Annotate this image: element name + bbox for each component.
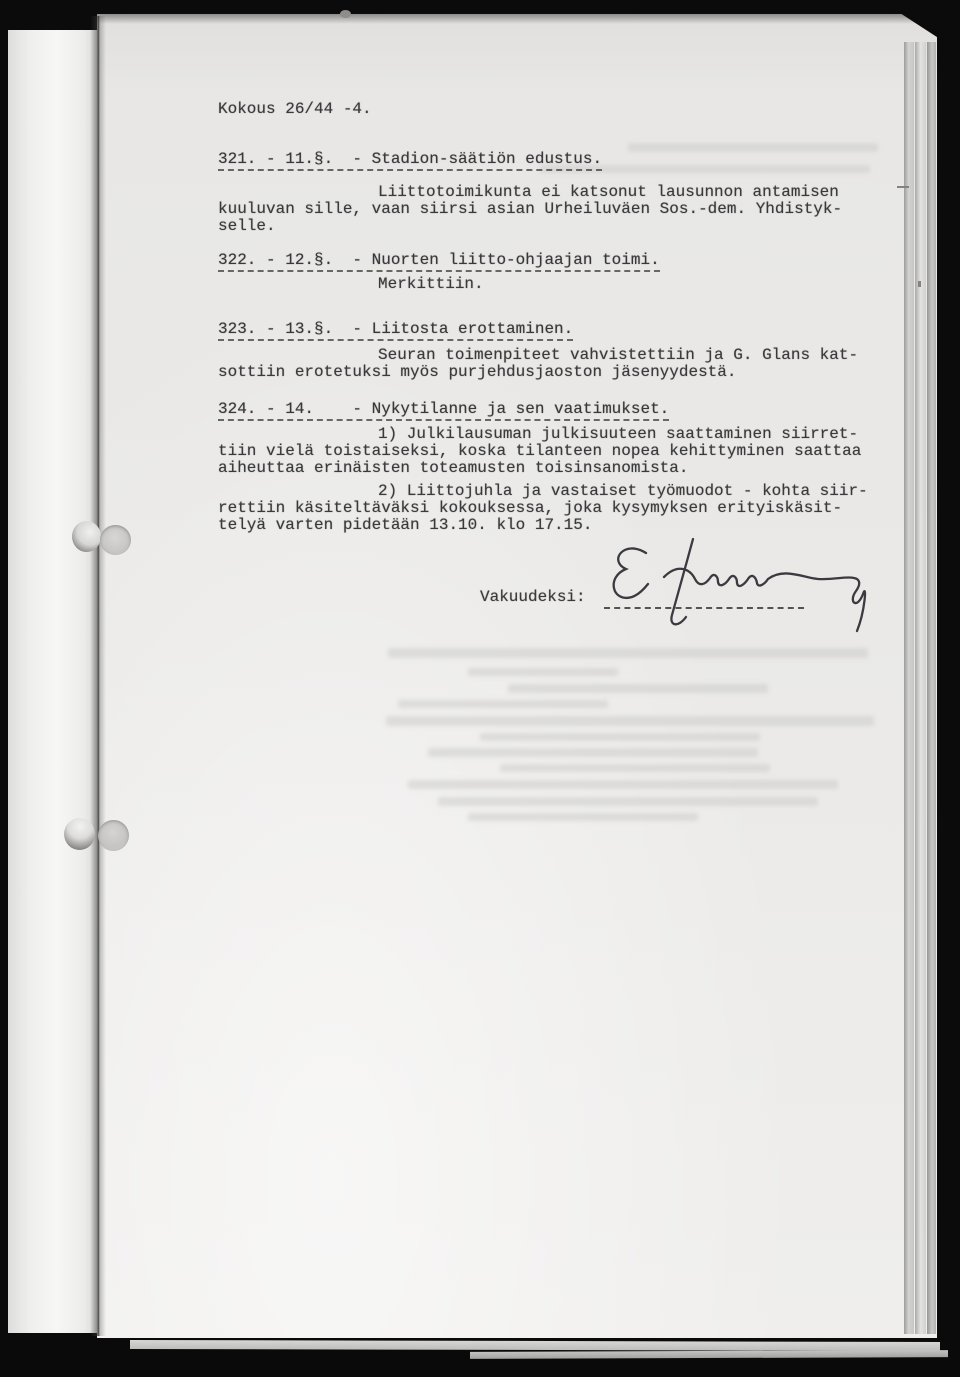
section-body-323: Seuran toimenpiteet vahvistettiin ja G. …	[218, 347, 858, 381]
body-line: rettiin käsiteltäväksi kokouksessa, joka…	[218, 500, 868, 517]
body-line: kuuluvan sille, vaan siirsi asian Urheil…	[218, 201, 842, 218]
body-line: 2) Liittojuhla ja vastaiset työmuodot - …	[378, 483, 868, 500]
section-body-324-item1: 1) Julkilausuman julkisuuteen saattamine…	[218, 426, 861, 477]
page-stack-edge	[904, 42, 914, 1334]
body-line: selle.	[218, 218, 842, 235]
scanned-minutes-page: Kokous 26/44 -4. 321. - 11.§. - Stadion-…	[0, 0, 960, 1377]
bleed-through-text	[508, 684, 768, 693]
body-line: Seuran toimenpiteet vahvistettiin ja G. …	[378, 347, 858, 364]
closing-label: Vakuudeksi:	[480, 589, 586, 606]
body-line: Merkittiin.	[378, 276, 484, 293]
section-body-324-item2: 2) Liittojuhla ja vastaiset työmuodot - …	[218, 483, 868, 534]
stray-mark	[340, 10, 351, 18]
bleed-through-text	[438, 797, 818, 806]
page-stack-edge	[927, 42, 936, 1334]
bleed-through-text	[408, 780, 838, 789]
document-header-block: Kokous 26/44 -4.	[218, 101, 372, 118]
section-body-321: Liittotoimikunta ei katsonut lausunnon a…	[218, 184, 842, 235]
body-line: sottiin erotetuksi myös purjehdusjaoston…	[218, 364, 858, 381]
section-heading-324: 324. - 14. - Nykytilanne ja sen vaatimuk…	[218, 401, 669, 421]
body-line: 1) Julkilausuman julkisuuteen saattamine…	[378, 426, 861, 443]
bleed-through-text	[480, 733, 760, 741]
bleed-through-text	[468, 813, 698, 821]
previous-page-edge	[8, 30, 97, 1333]
body-line: tiin vielä toistaiseksi, koska tilanteen…	[218, 443, 861, 460]
binding-fold-shadow	[90, 16, 106, 1336]
document-header: Kokous 26/44 -4.	[218, 101, 372, 118]
bleed-through-text	[428, 748, 758, 757]
bleed-through-text	[386, 716, 874, 726]
section-heading-323: 323. - 13.§. - Liitosta erottaminen.	[218, 321, 573, 341]
bleed-through-text	[500, 764, 770, 772]
punch-hole	[98, 820, 129, 851]
bleed-through-text	[628, 143, 878, 152]
body-line: Liittotoimikunta ei katsonut lausunnon a…	[378, 184, 842, 201]
bleed-through-text	[398, 700, 608, 708]
bleed-through-text	[388, 648, 868, 658]
closing-block: Vakuudeksi:	[480, 589, 586, 606]
stray-mark	[918, 281, 921, 287]
punch-hole	[64, 818, 95, 850]
handwritten-signature	[598, 531, 898, 646]
section-heading-321: 321. - 11.§. - Stadion-säätiön edustus.	[218, 151, 602, 171]
punch-hole	[72, 521, 101, 552]
page-stack-edge	[915, 42, 926, 1334]
body-line: aiheuttaa erinäisten toteamusten toisins…	[218, 460, 861, 477]
section-body-322: Merkittiin.	[218, 276, 484, 293]
stray-mark	[897, 186, 909, 188]
bleed-through-text	[468, 668, 618, 676]
section-heading-322: 322. - 12.§. - Nuorten liitto-ohjaajan t…	[218, 252, 660, 272]
punch-hole	[100, 525, 131, 555]
